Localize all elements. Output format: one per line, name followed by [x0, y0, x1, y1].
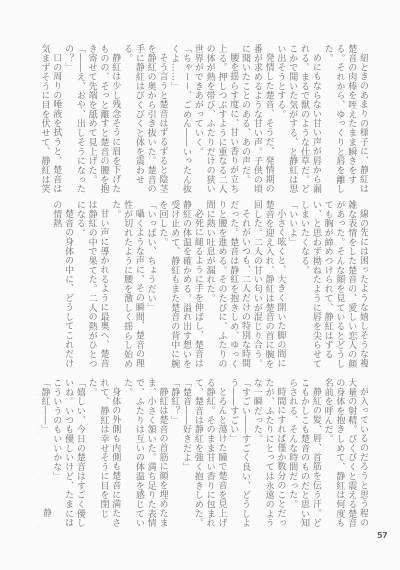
- page-number: 57: [377, 531, 387, 540]
- narration-paragraph: 甘い声に導かれるように最奥へ、楚音は静紅の中で果てた。二人の熱がひとつになる。: [73, 200, 108, 372]
- narration-paragraph: それがいつも、二人だけの特別な時間だった。楚音は静紅を抱きしめ、ゆっくりと腰を進…: [203, 200, 250, 372]
- dialogue-line: 「いいよ」: [285, 200, 297, 372]
- narration-paragraph: 紐ときのあまりの様子に、静紅は楚音の肉棒を咥えたまま瞬きをする。それから、ゆっく…: [321, 44, 368, 194]
- narration-paragraph: 小さく呟くと、大きく開いた脚の間に楚音を迎え入れ、静紅は楚音の首に腕を回した。二…: [250, 200, 285, 372]
- narration-paragraph: 口の周りの唾液を拭うと、楚音は気まずそうに目を伏せて、静紅は笑った。: [38, 44, 61, 194]
- narration-paragraph: そう言うと楚音はずるずると陰茎を静紅の奥から引き抜いた。楚音の手に静紅はびくびく…: [120, 44, 167, 194]
- narration-paragraph: 静紅は少し残念そうに眉を下げたものの、そっと離すと楚音の腰を抱き寄せて先端を舐め…: [85, 44, 120, 194]
- dialogue-line: 「静紅？」: [167, 378, 179, 528]
- narration-paragraph: とろんと蕩けた瞳で楚音を見上げる静紅。そのまま甘い香りに包まれて、楚音は静紅を強…: [191, 378, 226, 528]
- dialogue-line: 「楚音――好きだよ」: [179, 378, 191, 528]
- dialogue-line: 「――え、おや、出しそうになったの？」: [61, 44, 85, 194]
- dialogue-line: 「いっぱい、ちょうだい」: [144, 200, 156, 372]
- narration-paragraph: 楚音の身体の中に、どうしてこれだけの情熱: [49, 200, 73, 372]
- narration-paragraph: 腰を揺らす度に、甘い香りが立ち上る。押しつぶすように重なる二人の体が熱を帯び、ふ…: [191, 44, 238, 194]
- narration-paragraph: 囁くような声に、その瞬間、楚音の理性が切れたように腰を激しく揺らし始めた。: [108, 200, 143, 372]
- dialogue-line: 「すごい――すごく良い、どうしよう――すごい」: [226, 378, 250, 528]
- narration-paragraph: 静紅の髪、唇、首筋を伝う汗。どこもかしこも楚音のものだと思い知らされる、そんな時…: [285, 378, 320, 528]
- signature-mark: 静: [43, 506, 52, 519]
- narration-paragraph: 必死に縋るように手を伸ばし、楚音は静紅の体温を確かめる。溢れ出す想いを受け止めて…: [156, 200, 203, 372]
- narration-paragraph: 線の先には困ったような嬉しそうな複雑な表情をした楚音の、愛しい恋人の顔があった。…: [297, 200, 368, 372]
- narration-paragraph: が入っているのだろうと思う程の大量の射精。びくびくと震える楚音の身体を抱きしめて…: [321, 378, 368, 528]
- text-tier-upper: 紐ときのあまりの様子に、静紅は楚音の肉棒を咥えたまま瞬きをする。それから、ゆっく…: [38, 44, 368, 194]
- text-tier-lower: が入っているのだろうと思う程の大量の射精。びくびくと震える楚音の身体を抱きしめて…: [38, 378, 368, 528]
- narration-paragraph: 身体の外側も内側も楚音に満たされて、静紅は幸せそうに目を閉じた。: [85, 378, 120, 528]
- narration-paragraph: 時間にすれば僅か数分のことだったが、ふたりにとっては永遠のような一瞬だった。: [250, 378, 285, 528]
- narration-paragraph: 発情した楚音、そうだ、発情期の番が求めるような甘い声。子供の頃に聞いたことのある…: [238, 44, 273, 194]
- narration-paragraph: めにもならない甘い声が唇から漏れる。まるで獣のような仕草だ。どこかで聞いた気がす…: [274, 44, 321, 194]
- narration-paragraph: 静紅は楚音の首筋に顔を埋めたまま、小さく頷いた。満ち足りた表情で、ふたりは互いの…: [120, 378, 167, 528]
- dialogue-line: 「嬉しい、今日の楚音はすごく優しいね。いつも優しいけど、たまにはこういうのもいい…: [49, 378, 84, 528]
- text-tier-middle: 線の先には困ったような嬉しそうな複雑な表情をした楚音の、愛しい恋人の顔があった。…: [38, 200, 368, 372]
- dialogue-line: 「ちゃーー、ごめん――いったん抜くよ……」: [167, 44, 191, 194]
